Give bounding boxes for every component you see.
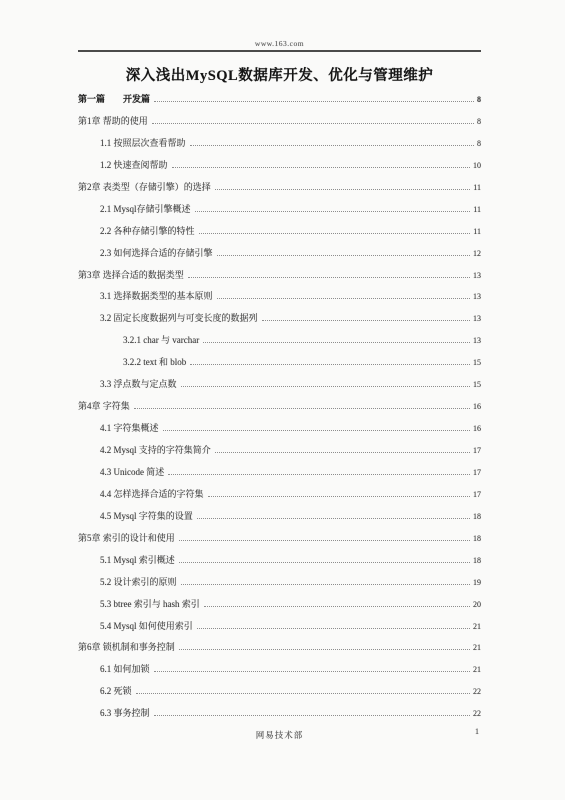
document-title: 深入浅出MySQL数据库开发、优化与管理维护 [78, 64, 481, 85]
toc-dot-leader [163, 430, 470, 431]
toc-entry: 2.2 各种存储引擎的特性 11 [78, 224, 481, 246]
toc-entry-page: 11 [473, 205, 481, 214]
toc-dot-leader [181, 584, 470, 585]
toc-entry-page: 17 [473, 468, 481, 477]
toc-dot-leader [203, 342, 470, 343]
toc-entry: 4.4 怎样选择合适的字符集 17 [78, 487, 481, 509]
toc-list: 第一篇 开发篇 8 第1章 帮助的使用 8 1.1 按照层次查看帮助 8 1.2… [78, 92, 481, 728]
toc-dot-leader [181, 386, 470, 387]
toc-entry-page: 10 [473, 161, 481, 170]
toc-dot-leader [152, 123, 474, 124]
toc-entry-label: 4.2 Mysql 支持的字符集简介 [100, 443, 211, 456]
toc-entry: 1.2 快速查阅帮助 10 [78, 158, 481, 180]
toc-entry-label: 第1章 帮助的使用 [78, 114, 148, 127]
toc-entry-label: 1.2 快速查阅帮助 [100, 158, 168, 171]
toc-entry: 6.1 如何加锁 21 [78, 662, 481, 684]
toc-dot-leader [217, 298, 470, 299]
toc-entry-label: 6.3 事务控制 [100, 706, 150, 719]
toc-dot-leader [172, 167, 470, 168]
toc-entry-page: 21 [473, 622, 481, 631]
toc-entry-label: 4.3 Unicode 简述 [100, 465, 164, 478]
toc-dot-leader [168, 474, 470, 475]
toc-entry-label: 5.4 Mysql 如何使用索引 [100, 619, 193, 632]
toc-entry: 4.2 Mysql 支持的字符集简介 17 [78, 443, 481, 465]
toc-entry-page: 17 [473, 446, 481, 455]
toc-dot-leader [195, 211, 471, 212]
toc-entry-label: 5.2 设计索引的原则 [100, 575, 177, 588]
toc-entry: 5.4 Mysql 如何使用索引 21 [78, 619, 481, 641]
toc-dot-leader [217, 255, 470, 256]
toc-entry: 2.3 如何选择合适的存储引擎 12 [78, 246, 481, 268]
header-url: www.163.com [78, 39, 481, 48]
toc-entry-label: 第6章 锁机制和事务控制 [78, 640, 175, 653]
toc-entry: 5.3 btree 索引与 hash 索引 20 [78, 597, 481, 619]
toc-entry: 4.5 Mysql 字符集的设置 18 [78, 509, 481, 531]
toc-dot-leader [179, 649, 470, 650]
header-divider [78, 50, 481, 52]
toc-entry-page: 18 [473, 556, 481, 565]
toc-entry: 第2章 表类型（存储引擎）的选择 11 [78, 180, 481, 202]
toc-entry-label: 2.3 如何选择合适的存储引擎 [100, 246, 213, 259]
toc-dot-leader [136, 693, 470, 694]
toc-entry-page: 11 [473, 227, 481, 236]
toc-entry-page: 8 [477, 95, 481, 104]
toc-dot-leader [197, 518, 470, 519]
toc-entry-page: 16 [473, 424, 481, 433]
toc-dot-leader [134, 408, 470, 409]
toc-dot-leader [154, 715, 470, 716]
toc-entry: 4.1 字符集概述 16 [78, 421, 481, 443]
toc-entry-label: 3.2 固定长度数据列与可变长度的数据列 [100, 311, 258, 324]
footer-department: 网易技术部 [78, 729, 481, 741]
toc-dot-leader [154, 101, 474, 102]
toc-entry-page: 8 [477, 139, 481, 148]
toc-entry: 3.2.1 char 与 varchar 13 [78, 333, 481, 355]
toc-dot-leader [197, 628, 470, 629]
toc-entry: 4.3 Unicode 简述 17 [78, 465, 481, 487]
toc-entry-page: 13 [473, 336, 481, 345]
toc-dot-leader [190, 145, 474, 146]
toc-entry-label: 第4章 字符集 [78, 399, 130, 412]
toc-dot-leader [262, 320, 470, 321]
toc-dot-leader [179, 562, 470, 563]
toc-entry: 第一篇 开发篇 8 [78, 92, 481, 114]
toc-entry: 2.1 Mysql存储引擎概述 11 [78, 202, 481, 224]
toc-entry-label: 1.1 按照层次查看帮助 [100, 136, 186, 149]
toc-entry-page: 15 [473, 358, 481, 367]
toc-entry-page: 22 [473, 687, 481, 696]
page-footer: 网易技术部 1 [78, 727, 481, 743]
toc-entry: 3.2.2 text 和 blob 15 [78, 355, 481, 377]
toc-entry: 第6章 锁机制和事务控制 21 [78, 640, 481, 662]
toc-entry-page: 21 [473, 665, 481, 674]
toc-dot-leader [154, 671, 470, 672]
toc-entry-page: 19 [473, 578, 481, 587]
toc-entry-page: 13 [473, 292, 481, 301]
toc-entry-label: 2.2 各种存储引擎的特性 [100, 224, 195, 237]
toc-dot-leader [190, 364, 470, 365]
toc-entry-label: 4.5 Mysql 字符集的设置 [100, 509, 193, 522]
toc-entry-page: 13 [473, 271, 481, 280]
toc-entry-label: 6.2 死锁 [100, 684, 132, 697]
toc-entry-label: 3.2.1 char 与 varchar [123, 333, 199, 346]
toc-entry: 第5章 索引的设计和使用 18 [78, 531, 481, 553]
toc-entry-page: 21 [473, 643, 481, 652]
toc-dot-leader [179, 540, 470, 541]
toc-dot-leader [215, 189, 471, 190]
toc-entry-page: 22 [473, 709, 481, 718]
toc-entry-page: 12 [473, 249, 481, 258]
toc-entry-label: 第5章 索引的设计和使用 [78, 531, 175, 544]
toc-entry-page: 11 [473, 183, 481, 192]
toc-dot-leader [215, 452, 470, 453]
toc-dot-leader [204, 606, 470, 607]
toc-entry: 第1章 帮助的使用 8 [78, 114, 481, 136]
toc-entry: 5.1 Mysql 索引概述 18 [78, 553, 481, 575]
toc-entry: 5.2 设计索引的原则 19 [78, 575, 481, 597]
toc-entry: 6.3 事务控制 22 [78, 706, 481, 728]
toc-entry-label: 6.1 如何加锁 [100, 662, 150, 675]
toc-dot-leader [199, 233, 471, 234]
toc-dot-leader [208, 496, 470, 497]
toc-entry-page: 8 [477, 117, 481, 126]
toc-entry-page: 16 [473, 402, 481, 411]
toc-entry-label: 4.1 字符集概述 [100, 421, 159, 434]
document-page: www.163.com 深入浅出MySQL数据库开发、优化与管理维护 第一篇 开… [0, 0, 565, 800]
toc-entry-label: 第3章 选择合适的数据类型 [78, 268, 184, 281]
toc-entry-label: 第2章 表类型（存储引擎）的选择 [78, 180, 211, 193]
toc-entry-page: 13 [473, 314, 481, 323]
toc-dot-leader [188, 277, 470, 278]
toc-entry: 1.1 按照层次查看帮助 8 [78, 136, 481, 158]
toc-entry-label: 3.1 选择数据类型的基本原则 [100, 289, 213, 302]
toc-entry: 3.3 浮点数与定点数 15 [78, 377, 481, 399]
toc-entry-page: 18 [473, 534, 481, 543]
footer-page-number: 1 [475, 727, 479, 736]
toc-entry: 3.2 固定长度数据列与可变长度的数据列 13 [78, 311, 481, 333]
toc-entry: 第3章 选择合适的数据类型 13 [78, 268, 481, 290]
toc-entry: 6.2 死锁 22 [78, 684, 481, 706]
toc-entry-label: 2.1 Mysql存储引擎概述 [100, 202, 191, 215]
toc-entry-label: 第一篇 开发篇 [78, 92, 150, 105]
toc-entry-label: 5.3 btree 索引与 hash 索引 [100, 597, 200, 610]
toc-entry-page: 20 [473, 600, 481, 609]
toc-entry: 第4章 字符集 16 [78, 399, 481, 421]
toc-entry-page: 17 [473, 490, 481, 499]
toc-entry-page: 15 [473, 380, 481, 389]
toc-entry-page: 18 [473, 512, 481, 521]
toc-entry-label: 3.3 浮点数与定点数 [100, 377, 177, 390]
toc-entry: 3.1 选择数据类型的基本原则 13 [78, 289, 481, 311]
toc-entry-label: 3.2.2 text 和 blob [123, 355, 186, 368]
toc-entry-label: 5.1 Mysql 索引概述 [100, 553, 175, 566]
toc-entry-label: 4.4 怎样选择合适的字符集 [100, 487, 204, 500]
